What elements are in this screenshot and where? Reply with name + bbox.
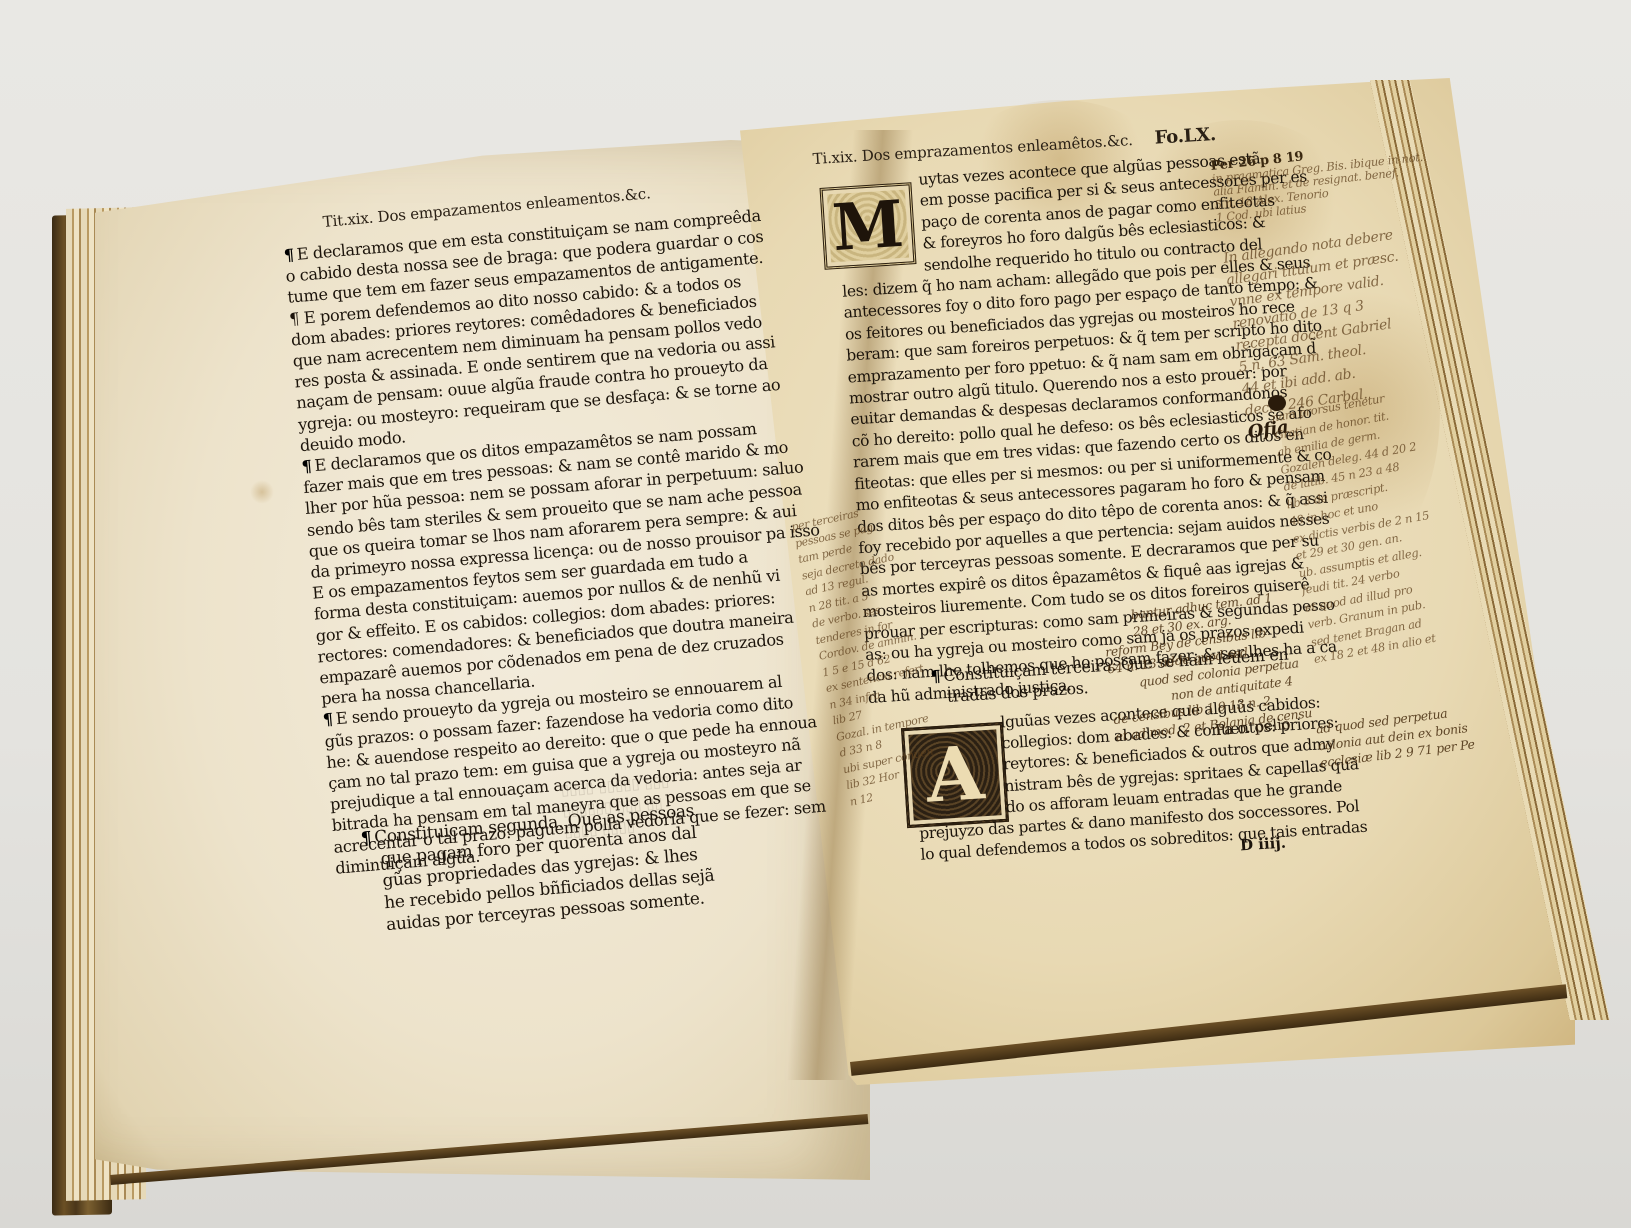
- signature-mark: D iiij.: [1239, 834, 1286, 855]
- pilcrow-icon: ¶: [283, 245, 294, 265]
- left-page-body: ¶E declaramos que em esta constituiçam s…: [283, 202, 845, 879]
- open-book: ▯▯▯▯ ▯▯▯▯▯ ▯▯▯ ▯▯▯▯▯▯ ▯▯▯ ▯▯ ▯▯▯▯ ▯▯▯▯ T…: [0, 0, 1631, 1228]
- pilcrow-icon: ¶: [301, 456, 312, 476]
- water-stain: [250, 480, 274, 504]
- folio-number: Fo.LX.: [1154, 124, 1217, 149]
- pilcrow-icon: ¶: [322, 710, 333, 730]
- pilcrow-icon: ¶: [360, 828, 372, 849]
- pilcrow-icon: ¶: [930, 666, 941, 686]
